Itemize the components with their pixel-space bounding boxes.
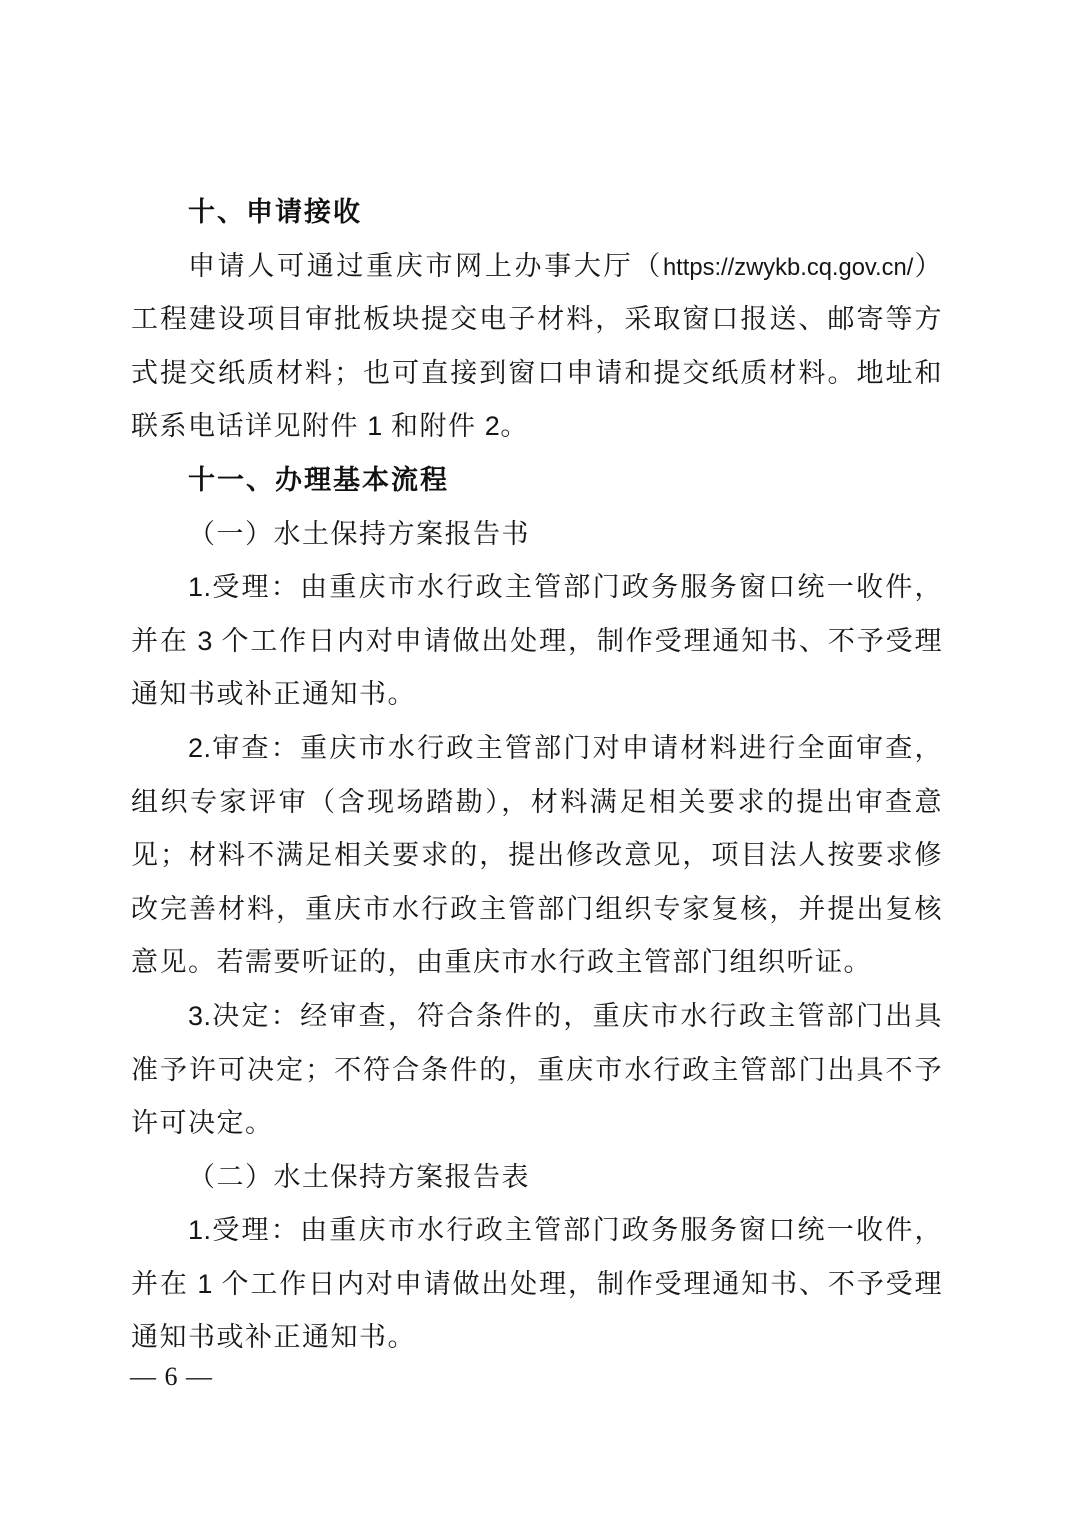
numeral-text: 3. — [188, 1001, 212, 1031]
paragraph-line: 许可决定。 — [131, 1097, 943, 1151]
page-number: — 6 — — [130, 1362, 213, 1392]
paragraph-line: 准予许可决定；不符合条件的，重庆市水行政主管部门出具不予 — [131, 1044, 943, 1098]
paragraph-line: 1.受理：由重庆市水行政主管部门政务服务窗口统一收件， — [131, 561, 943, 615]
numeral-text: 1 — [197, 1269, 213, 1299]
paragraph-line: 见；材料不满足相关要求的，提出修改意见，项目法人按要求修 — [131, 829, 943, 883]
paragraph-line: 通知书或补正通知书。 — [131, 668, 943, 722]
document-page: 十、申请接收申请人可通过重庆市网上办事大厅（https://zwykb.cq.g… — [0, 0, 1075, 1519]
paragraph-line: 并在 1 个工作日内对申请做出处理，制作受理通知书、不予受理 — [131, 1258, 943, 1312]
numeral-text: 3 — [197, 626, 213, 656]
paragraph-line: （二）水土保持方案报告表 — [131, 1151, 943, 1205]
paragraph-line: 工程建设项目审批板块提交电子材料，采取窗口报送、邮寄等方 — [131, 293, 943, 347]
numeral-text: 2 — [485, 411, 501, 441]
paragraph-line: 组织专家评审（含现场踏勘），材料满足相关要求的提出审查意 — [131, 776, 943, 830]
section-heading: 十一、办理基本流程 — [131, 454, 943, 508]
paragraph-line: 改完善材料，重庆市水行政主管部门组织专家复核，并提出复核 — [131, 883, 943, 937]
paragraph-line: 申请人可通过重庆市网上办事大厅（https://zwykb.cq.gov.cn/… — [131, 240, 943, 294]
section-heading: 十、申请接收 — [131, 186, 943, 240]
numeral-text: 1. — [188, 1215, 212, 1245]
document-text: 十、申请接收申请人可通过重庆市网上办事大厅（https://zwykb.cq.g… — [131, 186, 943, 1365]
paragraph-line: 式提交纸质材料；也可直接到窗口申请和提交纸质材料。地址和 — [131, 347, 943, 401]
paragraph-line: 1.受理：由重庆市水行政主管部门政务服务窗口统一收件， — [131, 1204, 943, 1258]
paragraph-line: 意见。若需要听证的，由重庆市水行政主管部门组织听证。 — [131, 936, 943, 990]
paragraph-line: 2.审查：重庆市水行政主管部门对申请材料进行全面审查， — [131, 722, 943, 776]
numeral-text: 1 — [367, 411, 383, 441]
numeral-text: 1. — [188, 572, 212, 602]
numeral-text: 2. — [188, 733, 212, 763]
url-text: https://zwykb.cq.gov.cn/ — [663, 254, 913, 281]
paragraph-line: 联系电话详见附件 1 和附件 2。 — [131, 400, 943, 454]
paragraph-line: 通知书或补正通知书。 — [131, 1311, 943, 1365]
paragraph-line: 并在 3 个工作日内对申请做出处理，制作受理通知书、不予受理 — [131, 615, 943, 669]
paragraph-line: 3.决定：经审查，符合条件的，重庆市水行政主管部门出具 — [131, 990, 943, 1044]
paragraph-line: （一）水土保持方案报告书 — [131, 508, 943, 562]
